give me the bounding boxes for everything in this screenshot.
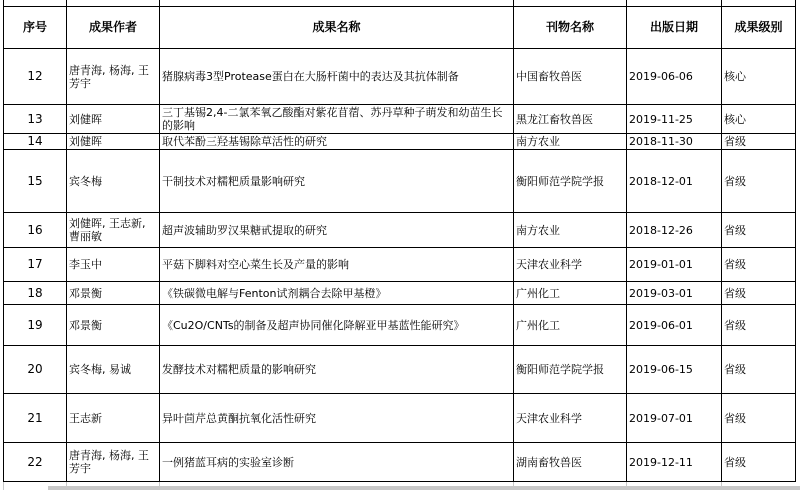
header-row: 序号 成果作者 成果名称 刊物名称 出版日期 成果级别 [4,7,796,49]
cell-title[interactable]: 一例猪蓝耳病的实验室诊断 [160,443,514,482]
cell-no[interactable]: 17 [4,248,67,282]
cell-no[interactable]: 21 [4,394,67,443]
cell-title[interactable]: 《铁碳微电解与Fenton试剂耦合去除甲基橙》 [160,282,514,305]
table-row: 19 邓景衡 《Cu2O/CNTs的制备及超声协同催化降解亚甲基蓝性能研究》 广… [4,305,796,346]
cell-level[interactable]: 省级 [722,305,796,346]
cell-journal[interactable]: 中国畜牧兽医 [514,49,627,105]
cell-level[interactable]: 省级 [722,213,796,248]
cell-level[interactable]: 省级 [722,394,796,443]
cell-level[interactable]: 省级 [722,282,796,305]
header-journal[interactable]: 刊物名称 [514,7,627,49]
table-row: 15 宾冬梅 干制技术对糯粑质量影响研究 衡阳师范学院学报 2018-12-01… [4,150,796,213]
cell-journal[interactable]: 衡阳师范学院学报 [514,346,627,394]
cell-title[interactable]: 三丁基锡2,4-二氯苯氧乙酸酯对紫花苜蓿、苏丹草种子萌发和幼苗生长的影响 [160,105,514,134]
cell-title[interactable]: 猪腺病毒3型Protease蛋白在大肠杆菌中的表达及其抗体制备 [160,49,514,105]
cell-no[interactable]: 13 [4,105,67,134]
achievements-table: 序号 成果作者 成果名称 刊物名称 出版日期 成果级别 12 唐青海, 杨海, … [3,6,796,482]
cell-title[interactable]: 异叶茴芹总黄酮抗氧化活性研究 [160,394,514,443]
cell-no[interactable]: 15 [4,150,67,213]
grid-line [3,482,4,490]
cell-authors[interactable]: 宾冬梅 [67,150,160,213]
cell-date[interactable]: 2019-01-01 [627,248,722,282]
cell-date[interactable]: 2019-12-11 [627,443,722,482]
cell-level[interactable]: 省级 [722,443,796,482]
cell-no[interactable]: 19 [4,305,67,346]
cell-title[interactable]: 干制技术对糯粑质量影响研究 [160,150,514,213]
table-row: 12 唐青海, 杨海, 王芳宇 猪腺病毒3型Protease蛋白在大肠杆菌中的表… [4,49,796,105]
cell-date[interactable]: 2018-12-01 [627,150,722,213]
cell-journal[interactable]: 广州化工 [514,305,627,346]
cell-title[interactable]: 《Cu2O/CNTs的制备及超声协同催化降解亚甲基蓝性能研究》 [160,305,514,346]
table-row: 14 刘健晖 取代苯酚三羟基锡除草活性的研究 南方农业 2018-11-30 省… [4,134,796,150]
cell-journal[interactable]: 天津农业科学 [514,248,627,282]
horizontal-scrollbar[interactable] [48,486,800,490]
table-row: 18 邓景衡 《铁碳微电解与Fenton试剂耦合去除甲基橙》 广州化工 2019… [4,282,796,305]
cell-date[interactable]: 2019-06-01 [627,305,722,346]
cell-level[interactable]: 省级 [722,346,796,394]
cell-journal[interactable]: 天津农业科学 [514,394,627,443]
cell-date[interactable]: 2019-07-01 [627,394,722,443]
cell-journal[interactable]: 黑龙江畜牧兽医 [514,105,627,134]
header-no[interactable]: 序号 [4,7,67,49]
cell-level[interactable]: 省级 [722,248,796,282]
table-row: 21 王志新 异叶茴芹总黄酮抗氧化活性研究 天津农业科学 2019-07-01 … [4,394,796,443]
cell-authors[interactable]: 宾冬梅, 易诚 [67,346,160,394]
cell-no[interactable]: 16 [4,213,67,248]
cell-no[interactable]: 12 [4,49,67,105]
header-title[interactable]: 成果名称 [160,7,514,49]
table-row: 22 唐青海, 杨海, 王芳宇 一例猪蓝耳病的实验室诊断 湖南畜牧兽医 2019… [4,443,796,482]
cell-date[interactable]: 2019-11-25 [627,105,722,134]
cell-authors[interactable]: 刘健晖, 王志新, 曹丽敏 [67,213,160,248]
cell-no[interactable]: 20 [4,346,67,394]
cell-level[interactable]: 核心 [722,105,796,134]
cell-authors[interactable]: 唐青海, 杨海, 王芳宇 [67,49,160,105]
cell-title[interactable]: 平菇下脚料对空心菜生长及产量的影响 [160,248,514,282]
header-level[interactable]: 成果级别 [722,7,796,49]
cell-date[interactable]: 2019-06-15 [627,346,722,394]
cell-journal[interactable]: 南方农业 [514,134,627,150]
cell-authors[interactable]: 邓景衡 [67,305,160,346]
cell-authors[interactable]: 刘健晖 [67,134,160,150]
cell-journal[interactable]: 湖南畜牧兽医 [514,443,627,482]
cell-date[interactable]: 2018-12-26 [627,213,722,248]
cell-authors[interactable]: 邓景衡 [67,282,160,305]
cell-date[interactable]: 2018-11-30 [627,134,722,150]
cell-no[interactable]: 18 [4,282,67,305]
cell-no[interactable]: 22 [4,443,67,482]
header-authors[interactable]: 成果作者 [67,7,160,49]
cell-authors[interactable]: 刘健晖 [67,105,160,134]
cell-authors[interactable]: 李玉中 [67,248,160,282]
cell-level[interactable]: 省级 [722,134,796,150]
table-row: 16 刘健晖, 王志新, 曹丽敏 超声波辅助罗汉果糖甙提取的研究 南方农业 20… [4,213,796,248]
cell-date[interactable]: 2019-06-06 [627,49,722,105]
cell-authors[interactable]: 唐青海, 杨海, 王芳宇 [67,443,160,482]
table-row: 13 刘健晖 三丁基锡2,4-二氯苯氧乙酸酯对紫花苜蓿、苏丹草种子萌发和幼苗生长… [4,105,796,134]
cell-date[interactable]: 2019-03-01 [627,282,722,305]
cell-title[interactable]: 超声波辅助罗汉果糖甙提取的研究 [160,213,514,248]
cell-journal[interactable]: 广州化工 [514,282,627,305]
cell-title[interactable]: 取代苯酚三羟基锡除草活性的研究 [160,134,514,150]
table-row: 20 宾冬梅, 易诚 发酵技术对糯粑质量的影响研究 衡阳师范学院学报 2019-… [4,346,796,394]
cell-level[interactable]: 核心 [722,49,796,105]
cell-journal[interactable]: 衡阳师范学院学报 [514,150,627,213]
header-date[interactable]: 出版日期 [627,7,722,49]
table-row: 17 李玉中 平菇下脚料对空心菜生长及产量的影响 天津农业科学 2019-01-… [4,248,796,282]
cell-no[interactable]: 14 [4,134,67,150]
cell-authors[interactable]: 王志新 [67,394,160,443]
cell-title[interactable]: 发酵技术对糯粑质量的影响研究 [160,346,514,394]
cell-journal[interactable]: 南方农业 [514,213,627,248]
cell-level[interactable]: 省级 [722,150,796,213]
